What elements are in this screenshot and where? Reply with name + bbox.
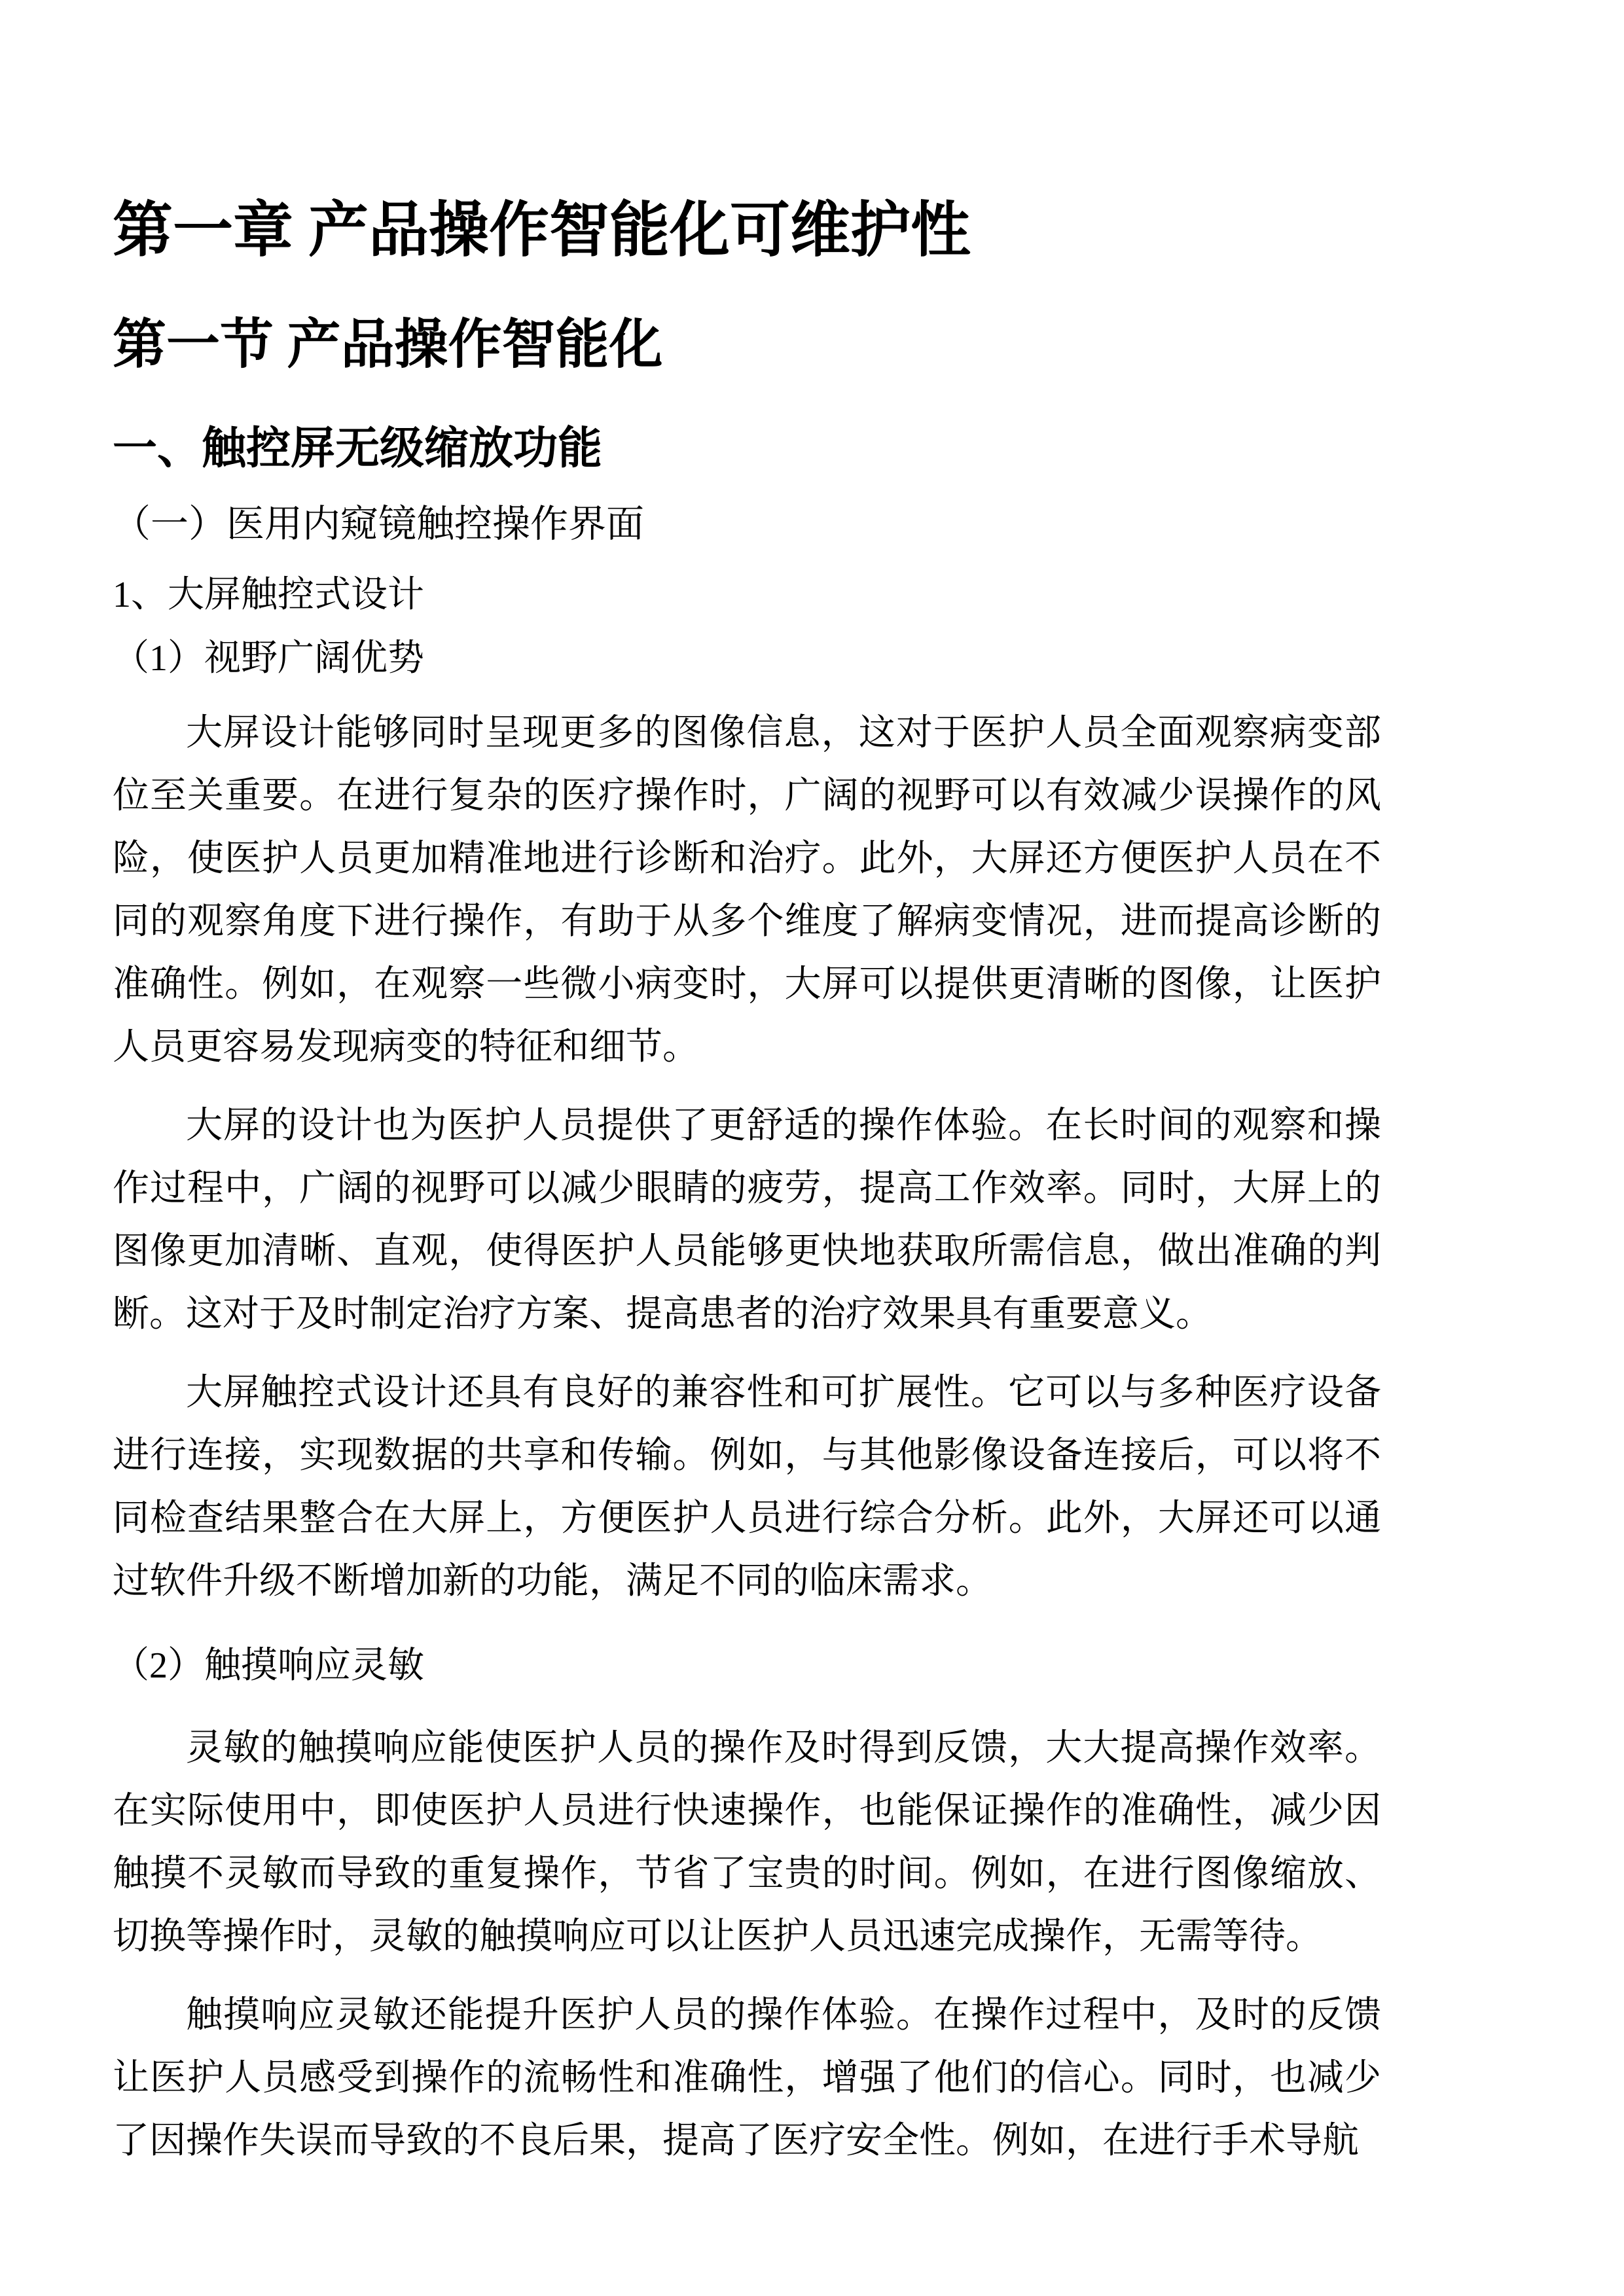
- chapter-title: 第一章 产品操作智能化可维护性: [113, 196, 1381, 266]
- heading-endoscope-touch-ui: （一）医用内窥镜触控操作界面: [113, 501, 1381, 547]
- point-1-wide-view-heading: （1）视野广阔优势: [113, 637, 1381, 681]
- paragraph-wide-view-3: 大屏触控式设计还具有良好的兼容性和可扩展性。它可以与多种医疗设备进行连接，实现数…: [113, 1361, 1381, 1613]
- paragraph-wide-view-1: 大屏设计能够同时呈现更多的图像信息，这对于医护人员全面观察病变部位至关重要。在进…: [113, 702, 1381, 1079]
- heading-touchscreen-zoom: 一、触控屏无级缩放功能: [113, 423, 1381, 474]
- paragraph-touch-response-1: 灵敏的触摸响应能使医护人员的操作及时得到反馈，大大提高操作效率。在实际使用中，即…: [113, 1717, 1381, 1968]
- section-title: 第一节 产品操作智能化: [113, 314, 1381, 376]
- point-2-touch-response-heading: （2）触摸响应灵敏: [113, 1644, 1381, 1688]
- heading-large-screen-touch-design: 1、大屏触控式设计: [113, 573, 1381, 617]
- paragraph-touch-response-2: 触摸响应灵敏还能提升医护人员的操作体验。在操作过程中，及时的反馈让医护人员感受到…: [113, 1984, 1381, 2172]
- paragraph-wide-view-2: 大屏的设计也为医护人员提供了更舒适的操作体验。在长时间的观察和操作过程中，广阔的…: [113, 1094, 1381, 1346]
- document-page: 第一章 产品操作智能化可维护性 第一节 产品操作智能化 一、触控屏无级缩放功能 …: [0, 0, 1624, 2296]
